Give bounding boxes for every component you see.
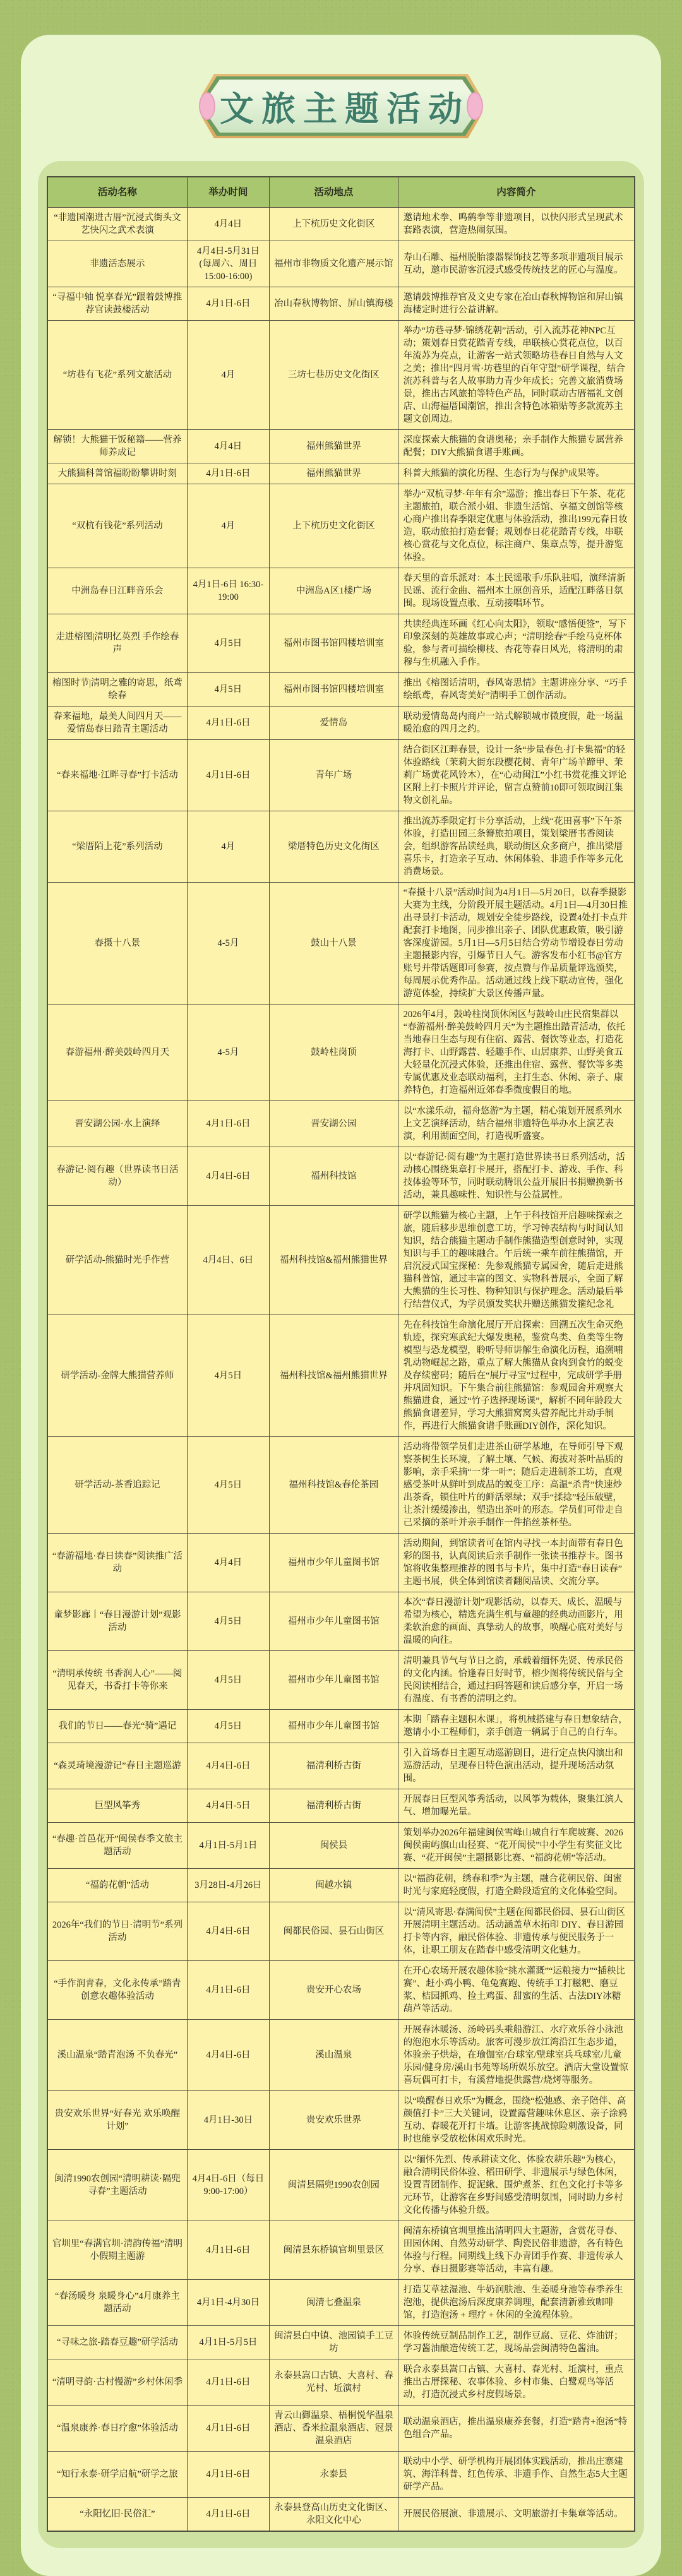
table-row: 走进榕图|清明忆英烈 手作绘春声 4月5日 福州市图书馆四楼培训室 共读经典连环… (47, 614, 635, 673)
activity-time: 4月1日-5月5日 (187, 2326, 269, 2359)
activity-name: “森灵琦境漫游记”春日主题巡游 (47, 1743, 187, 1789)
activity-description: 联动爱情岛岛内商户一站式解锁城市微度假，赴一场温暖治愈的四月之约。 (398, 707, 635, 740)
activity-name: 贵安欢乐世界“好春光 欢乐唤醒计划” (47, 2091, 187, 2150)
activity-location: 福州市图书馆四楼培训室 (270, 614, 398, 673)
activity-time: 4月1日-6日 (187, 463, 269, 484)
activity-description: 引入首场春日主题互动巡游剧目，进行定点快闪演出和巡游活动，呈现春日特色演出活动，… (398, 1743, 635, 1789)
activity-description: 策划举办2026年福建闽侯雪峰山城自行车爬坡赛、2026闽侯南屿旗山山径赛、“花… (398, 1823, 635, 1869)
activity-location: 福州科技馆&福州熊猫世界 (270, 1206, 398, 1315)
activity-name: 我们的节日——春光“骑”遇记 (47, 1710, 187, 1743)
activity-description: “春摄十八景”活动时间为4月1日—5月20日，以春季摄影大赛为主线，分阶段开展主… (398, 883, 635, 1005)
activity-description: 推出《榕图话清明，春风寄思情》主题讲座分享、“巧手绘纸鸢，春风寄美好”清明手工创… (398, 673, 635, 707)
activity-description: 邀请地术拳、鸣鹤拳等非遗项目，以快闪形式呈现武术套路表演，营造热闹氛围。 (398, 208, 635, 241)
activity-location: 溪山温泉 (270, 2020, 398, 2091)
activity-time: 4月4日 (187, 430, 269, 463)
activity-location: 福州熊猫世界 (270, 463, 398, 484)
activity-time: 4月1日-6日 (187, 1961, 269, 2020)
page-title: 文旅主题活动 (201, 74, 481, 138)
activity-name: 春来福地，最美人间四月天——爱情岛春日踏青主题活动 (47, 707, 187, 740)
content-card: 文旅主题活动 活动名称 举办时间 活动地点 内容简介 “非遗国潮进古厝”沉浸式街… (21, 35, 661, 2576)
activity-location: 福州科技馆 (270, 1147, 398, 1206)
activity-time: 4月1日-6日 (187, 2221, 269, 2280)
activity-description: 闽清东桥镇官圳里推出清明四大主题游，含赏花寻春、田园休闲、自然劳动研学、陶瓷民俗… (398, 2221, 635, 2280)
table-row: 春游福州·醉美鼓岭四月天 4-5月 鼓岭柱岗顶 2026年4月，鼓岭柱岗顶休闲区… (47, 1005, 635, 1101)
header-activity-time: 举办时间 (187, 177, 269, 208)
activity-location: 闽清七叠温泉 (270, 2280, 398, 2326)
activity-description: 以“春游记·阅有趣”为主题打造世界读书日系列活动，活动核心围绕集章打卡展开，搭配… (398, 1147, 635, 1206)
activity-description: 举办“双杭寻梦·年年有余”巡游；推出春日下午茶、花花主题旅拍，联合派小姐、非遗生… (398, 484, 635, 568)
activity-location: 福州市少年儿童图书馆 (270, 1651, 398, 1710)
activity-location: 永泰县登高山历史文化街区、永阳文化中心 (270, 2498, 398, 2532)
activity-location: 鼓岭柱岗顶 (270, 1005, 398, 1101)
activity-location: 闽越水镇 (270, 1869, 398, 1902)
activity-time: 4月 (187, 321, 269, 430)
title-banner: 文旅主题活动 (201, 74, 481, 138)
activity-time: 4-5月 (187, 883, 269, 1005)
activity-time: 4月4日-6日 (187, 1743, 269, 1789)
activity-name: “知行永泰·研学启航”研学之旅 (47, 2452, 187, 2498)
activity-time: 4月4日、6日 (187, 1206, 269, 1315)
activity-description: 共读经典连环画《红心向太阳》，领取“感悟便签”，写下印象深刻的英雄故事或心声；“… (398, 614, 635, 673)
activity-name: 大熊猫科普馆福盼盼攀讲时刻 (47, 463, 187, 484)
activity-location: 贵安欢乐世界 (270, 2091, 398, 2150)
table-row: 榕图时节|清明之雅的寄思，纸鸢绘春 4月5日 福州市图书馆四楼培训室 推出《榕图… (47, 673, 635, 707)
activity-description: 活动期间，到馆读者可在馆内寻找一本封面带有春日色彩的图书，认真阅读后亲手制作一张… (398, 1534, 635, 1592)
activity-location: 福州市少年儿童图书馆 (270, 1534, 398, 1592)
activity-name: 春摄十八景 (47, 883, 187, 1005)
activity-description: 清明兼具节气与节日之韵，承载着缅怀先贤、传承民俗的文化内涵。恰逢春日好时节，榕少… (398, 1651, 635, 1710)
table-row: “知行永泰·研学启航”研学之旅 4月1日-6日 永泰县 联动中小学、研学机构开展… (47, 2452, 635, 2498)
activity-description: 以“福韵花朝，绣春和季”为主题，融合花朝民俗、闺蜜时光与家庭轻度假，打造全龄段适… (398, 1869, 635, 1902)
activity-location: 福清利桥古街 (270, 1789, 398, 1823)
activity-name: 晋安湖公园·水上演绎 (47, 1101, 187, 1147)
activity-location: 福清利桥古街 (270, 1743, 398, 1789)
table-row: “寻味之旅-踏春豆趣”研学活动 4月1日-5月5日 闽清县白中镇、池园镇手工豆坊… (47, 2326, 635, 2359)
activity-location: 贵安开心农场 (270, 1961, 398, 2020)
activity-time: 4月1日-6日 (187, 740, 269, 811)
activity-location: 福州科技馆&春伦茶园 (270, 1437, 398, 1534)
activity-name: “清明寻韵·古村慢游”乡村休闲季 (47, 2359, 187, 2406)
activity-description: 以“水漾乐动，福舟悠游”为主题，精心策划开展系列水上文艺演绎活动，结合福州非遗特… (398, 1101, 635, 1147)
table-row: 贵安欢乐世界“好春光 欢乐唤醒计划” 4月1日-30日 贵安欢乐世界 以“唤醒春… (47, 2091, 635, 2150)
activity-name: 研学活动-茶香追踪记 (47, 1437, 187, 1534)
activity-description: 本次“春日漫游计划”观影活动，以春天、成长、温暖与希望为核心，精选充满生机与童趣… (398, 1592, 635, 1651)
activity-time: 4月5日 (187, 1651, 269, 1710)
activity-description: 研学以熊猫为核心主题，上午于科技馆开启趣味探索之旅，随后移步思维创意工坊，学习钟… (398, 1206, 635, 1315)
activity-time: 4月5日 (187, 1437, 269, 1534)
activity-location: 永泰县嵩口古镇、大喜村、春光村、坵演村 (270, 2359, 398, 2406)
activity-description: 体验传统豆制品制作工艺，制作豆腐、豆花、炸油饼；学习酱油酿造传统工艺，现场品尝闽… (398, 2326, 635, 2359)
activity-name: “寻味之旅-踏春豆趣”研学活动 (47, 2326, 187, 2359)
activity-location: 福州市少年儿童图书馆 (270, 1592, 398, 1651)
activity-name: 巨型风筝秀 (47, 1789, 187, 1823)
table-row: 研学活动-熊猫时光手作营 4月4日、6日 福州科技馆&福州熊猫世界 研学以熊猫为… (47, 1206, 635, 1315)
table-row: “寻福中轴 悦享春光”跟着鼓博推荐官读鼓楼活动 4月1日-6日 冶山春秋博物馆、… (47, 287, 635, 321)
activity-description: 以“缅怀先烈、传承耕读文化、体验农耕乐趣”为核心，融合清明民俗体验、稻田研学、非… (398, 2150, 635, 2221)
activities-table: 活动名称 举办时间 活动地点 内容简介 “非遗国潮进古厝”沉浸式街头文艺快闪之武… (47, 176, 635, 2532)
activity-description: 打造艾草祛湿池、牛奶润肤池、生姜暖身池等春季养生泡池，提供泡汤后深度康养调理，配… (398, 2280, 635, 2326)
activity-time: 4月5日 (187, 614, 269, 673)
activity-name: “春趣·首邑花开”闽侯春季文旅主题活动 (47, 1823, 187, 1869)
activity-time: 4月4日-5月31日(每周六、周日 15:00-16:00) (187, 241, 269, 287)
activity-description: 联合永泰县嵩口古镇、大喜村、春光村、坵演村，重点推出古厝探秘、农事体验、乡村市集… (398, 2359, 635, 2406)
activity-description: 推出流苏季限定打卡分享活动，上线“花田喜事”下午茶体验，打造田园三条簪旅拍项目，… (398, 811, 635, 883)
table-row: 春来福地，最美人间四月天——爱情岛春日踏青主题活动 4月1日-6日 爱情岛 联动… (47, 707, 635, 740)
header-activity-location: 活动地点 (270, 177, 398, 208)
table-row: 大熊猫科普馆福盼盼攀讲时刻 4月1日-6日 福州熊猫世界 科普大熊猫的演化历程、… (47, 463, 635, 484)
table-row: 溪山温泉“踏青泡汤 不负春光” 4月4日-6日 溪山温泉 开展春沐暖汤、汤岭码头… (47, 2020, 635, 2091)
activity-location: 福州市少年儿童图书馆 (270, 1710, 398, 1743)
activity-name: 闽清1990农创园“清明耕读·隔兜寻春”主题活动 (47, 2150, 187, 2221)
activity-description: 开展春日巨型风筝秀活动，以风筝为载体，聚集江滨人气、增加曝光量。 (398, 1789, 635, 1823)
activity-location: 福州市图书馆四楼培训室 (270, 673, 398, 707)
activity-description: 深度探索大熊猫的食谱奥秘；亲手制作大熊猫专属营养配餐；DIY大熊猫食谱手账画。 (398, 430, 635, 463)
table-row: 研学活动-金牌大熊猫营养师 4月5日 福州科技馆&福州熊猫世界 先在科技馆生命演… (47, 1315, 635, 1437)
table-row: “永阳忆旧·民俗汇” 4月1日-6日 永泰县登高山历史文化街区、永阳文化中心 开… (47, 2498, 635, 2532)
activity-name: 2026年“我们的节日·清明节”系列活动 (47, 1902, 187, 1961)
activity-location: 青年广场 (270, 740, 398, 811)
table-panel: 活动名称 举办时间 活动地点 内容简介 “非遗国潮进古厝”沉浸式街头文艺快闪之武… (38, 161, 644, 2548)
table-row: “福韵花朝”活动 3月28日-4月26日 闽越水镇 以“福韵花朝，绣春和季”为主… (47, 1869, 635, 1902)
activity-description: 邀请鼓博推荐官及文史专家在冶山春秋博物馆和屏山镇海楼定时进行公益讲解。 (398, 287, 635, 321)
activity-name: 非遗活态展示 (47, 241, 187, 287)
header-activity-description: 内容简介 (398, 177, 635, 208)
activity-name: 春游福州·醉美鼓岭四月天 (47, 1005, 187, 1101)
activity-location: 闽都民俗园、昙石山街区 (270, 1902, 398, 1961)
activity-location: 梁厝特色历史文化街区 (270, 811, 398, 883)
page: 文旅主题活动 活动名称 举办时间 活动地点 内容简介 “非遗国潮进古厝”沉浸式街… (0, 35, 682, 2576)
activity-time: 4月1日-6日 (187, 2359, 269, 2406)
activity-location: 三坊七巷历史文化街区 (270, 321, 398, 430)
activity-name: 研学活动-熊猫时光手作营 (47, 1206, 187, 1315)
activity-time: 4月5日 (187, 673, 269, 707)
activity-time: 4月4日-6日 (187, 1902, 269, 1961)
activity-name: “非遗国潮进古厝”沉浸式街头文艺快闪之武术表演 (47, 208, 187, 241)
table-row: 巨型风筝秀 4月4日-5日 福清利桥古街 开展春日巨型风筝秀活动，以风筝为载体，… (47, 1789, 635, 1823)
table-row: “温泉康养·春日疗愈”体验活动 4月1日-6日 青云山御温泉、梧桐悦华温泉酒店、… (47, 2406, 635, 2452)
activity-time: 4月4日-6日 (187, 1147, 269, 1206)
activity-time: 4-5月 (187, 1005, 269, 1101)
activity-location: 永泰县 (270, 2452, 398, 2498)
table-row: 非遗活态展示 4月4日-5月31日(每周六、周日 15:00-16:00) 福州… (47, 241, 635, 287)
activity-time: 4月1日-6日 (187, 2498, 269, 2532)
activity-description: 在开心农场开展农趣体验“挑水灌溉”“运粮接力”“插秧比赛”、赶小鸡小鸭、龟兔赛跑… (398, 1961, 635, 2020)
activity-time: 4月1日-30日 (187, 2091, 269, 2150)
activity-name: “梁厝陌上花”系列活动 (47, 811, 187, 883)
activity-name: “双杭有钱花”系列活动 (47, 484, 187, 568)
table-row: “非遗国潮进古厝”沉浸式街头文艺快闪之武术表演 4月4日 上下杭历史文化街区 邀… (47, 208, 635, 241)
table-body: “非遗国潮进古厝”沉浸式街头文艺快闪之武术表演 4月4日 上下杭历史文化街区 邀… (47, 208, 635, 2532)
activity-location: 福州熊猫世界 (270, 430, 398, 463)
table-row: 中洲岛春日江畔音乐会 4月1日-6日 16:30-19:00 中洲岛A区1楼广场… (47, 568, 635, 614)
activity-description: 活动将带领学员们走进茶山研学基地，在导师引导下观察茶树生长环境，了解土壤、气候、… (398, 1437, 635, 1534)
activity-time: 4月1日-4月30日 (187, 2280, 269, 2326)
table-row: 解锁！大熊猫干饭秘籍——营养师养成记 4月4日 福州熊猫世界 深度探索大熊猫的食… (47, 430, 635, 463)
activity-description: 先在科技馆生命演化展厅开启探索：回溯五次生命灭绝轨迹，探究寒武纪大爆发奥秘，鉴赏… (398, 1315, 635, 1437)
activity-name: 春游记·阅有趣（世界读书日活动） (47, 1147, 187, 1206)
activity-time: 4月1日-6日 (187, 1101, 269, 1147)
activity-description: 以“清风寄思·春满闽侯”主题在闽都民俗园、昙石山街区开展清明主题活动。活动涵盖草… (398, 1902, 635, 1961)
table-header-row: 活动名称 举办时间 活动地点 内容简介 (47, 177, 635, 208)
table-row: “双杭有钱花”系列活动 4月 上下杭历史文化街区 举办“双杭寻梦·年年有余”巡游… (47, 484, 635, 568)
activity-location: 闽清县白中镇、池园镇手工豆坊 (270, 2326, 398, 2359)
activity-time: 4月1日-6日 16:30-19:00 (187, 568, 269, 614)
activity-description: 本期「踏春主题积木课」，将机械搭建与春日想象结合，邀请小小工程师们，亲手创造一辆… (398, 1710, 635, 1743)
table-row: “春趣·首邑花开”闽侯春季文旅主题活动 4月1日-5月1日 闽侯县 策划举办20… (47, 1823, 635, 1869)
activity-name: “寻福中轴 悦享春光”跟着鼓博推荐官读鼓楼活动 (47, 287, 187, 321)
activity-time: 4月5日 (187, 1592, 269, 1651)
activity-name: “春汤暖身 泉暖身心”4月康养主题活动 (47, 2280, 187, 2326)
activity-name: 童梦影廊丨“春日漫游计划”观影活动 (47, 1592, 187, 1651)
activity-location: 鼓山十八景 (270, 883, 398, 1005)
activity-time: 4月5日 (187, 1315, 269, 1437)
table-row: “手作润青春，文化永传承”踏青创意农趣体验活动 4月1日-6日 贵安开心农场 在… (47, 1961, 635, 2020)
activity-location: 闽侯县 (270, 1823, 398, 1869)
activity-name: “春来福地·江畔寻春”打卡活动 (47, 740, 187, 811)
table-row: 闽清1990农创园“清明耕读·隔兜寻春”主题活动 4月4日-6日（每日9:00-… (47, 2150, 635, 2221)
activity-description: 开展民俗展演、非遗展示、文明旅游打卡集章等活动。 (398, 2498, 635, 2532)
table-row: 官圳里“春满官圳·清韵传福”清明小假期主题游 4月1日-6日 闽清县东桥镇官圳里… (47, 2221, 635, 2280)
table-row: 春摄十八景 4-5月 鼓山十八景 “春摄十八景”活动时间为4月1日—5月20日，… (47, 883, 635, 1005)
activity-location: 闽清县东桥镇官圳里景区 (270, 2221, 398, 2280)
activity-time: 4月4日-6日 (187, 2020, 269, 2091)
activity-name: “永阳忆旧·民俗汇” (47, 2498, 187, 2532)
activity-location: 晋安湖公园 (270, 1101, 398, 1147)
activity-time: 4月4日 (187, 1534, 269, 1592)
activity-name: “坊巷有飞花”系列文旅活动 (47, 321, 187, 430)
table-row: “梁厝陌上花”系列活动 4月 梁厝特色历史文化街区 推出流苏季限定打卡分享活动，… (47, 811, 635, 883)
activity-description: 开展春沐暖汤、汤岭码头乘船游江、水疗欢乐谷小泳池的泡泡水乐等活动。旅客可漫步放江… (398, 2020, 635, 2091)
activity-location: 福州科技馆&福州熊猫世界 (270, 1315, 398, 1437)
activity-description: 联动中小学、研学机构开展团体实践活动，推出庄寨建筑、海洋科普、红色传承、非遗手作… (398, 2452, 635, 2498)
table-row: 童梦影廊丨“春日漫游计划”观影活动 4月5日 福州市少年儿童图书馆 本次“春日漫… (47, 1592, 635, 1651)
activity-time: 4月4日 (187, 208, 269, 241)
activity-time: 4月1日-6日 (187, 707, 269, 740)
table-row: 春游记·阅有趣（世界读书日活动） 4月4日-6日 福州科技馆 以“春游记·阅有趣… (47, 1147, 635, 1206)
activity-location: 闽清县隔兜1990农创园 (270, 2150, 398, 2221)
activity-description: 联动温泉酒店，推出温泉康养套餐，打造“踏青+泡汤”特色组合产品。 (398, 2406, 635, 2452)
table-row: “清明承传统 书香润人心”——阅见春天，书香打卡等你来 4月5日 福州市少年儿童… (47, 1651, 635, 1710)
activity-location: 福州市非物质文化遗产展示馆 (270, 241, 398, 287)
activity-name: “清明承传统 书香润人心”——阅见春天，书香打卡等你来 (47, 1651, 187, 1710)
header-activity-name: 活动名称 (47, 177, 187, 208)
activity-name: 走进榕图|清明忆英烈 手作绘春声 (47, 614, 187, 673)
activity-time: 4月1日-5月1日 (187, 1823, 269, 1869)
activity-time: 4月5日 (187, 1710, 269, 1743)
activity-location: 上下杭历史文化街区 (270, 484, 398, 568)
activity-location: 冶山春秋博物馆、屏山镇海楼 (270, 287, 398, 321)
activity-name: “手作润青春，文化永传承”踏青创意农趣体验活动 (47, 1961, 187, 2020)
table-row: “春游福地·春日读春”阅读推广活动 4月4日 福州市少年儿童图书馆 活动期间，到… (47, 1534, 635, 1592)
activity-name: 研学活动-金牌大熊猫营养师 (47, 1315, 187, 1437)
activity-description: 2026年4月，鼓岭柱岗顶休闲区与鼓岭山庄民宿集群以“春游福州·醉美鼓岭四月天”… (398, 1005, 635, 1101)
activity-name: 解锁！大熊猫干饭秘籍——营养师养成记 (47, 430, 187, 463)
activity-name: 溪山温泉“踏青泡汤 不负春光” (47, 2020, 187, 2091)
activity-time: 4月4日-5日 (187, 1789, 269, 1823)
table-row: “森灵琦境漫游记”春日主题巡游 4月4日-6日 福清利桥古街 引入首场春日主题互… (47, 1743, 635, 1789)
activity-description: 结合街区江畔春景，设计一条“步量春色·打卡集福”的轻体验路线（茉莉大街东段樱花树… (398, 740, 635, 811)
activity-description: 以“唤醒春日欢乐”为概念，围绕“松弛感、亲子陪伴、高颜值打卡”三大关键词，设置露… (398, 2091, 635, 2150)
activity-time: 4月 (187, 811, 269, 883)
table-row: 2026年“我们的节日·清明节”系列活动 4月4日-6日 闽都民俗园、昙石山街区… (47, 1902, 635, 1961)
activity-time: 4月1日-6日 (187, 287, 269, 321)
activity-time: 4月4日-6日（每日9:00-17:00） (187, 2150, 269, 2221)
activity-name: “春游福地·春日读春”阅读推广活动 (47, 1534, 187, 1592)
activity-time: 3月28日-4月26日 (187, 1869, 269, 1902)
table-row: 研学活动-茶香追踪记 4月5日 福州科技馆&春伦茶园 活动将带领学员们走进茶山研… (47, 1437, 635, 1534)
activity-name: 官圳里“春满官圳·清韵传福”清明小假期主题游 (47, 2221, 187, 2280)
activity-name: 榕图时节|清明之雅的寄思，纸鸢绘春 (47, 673, 187, 707)
activity-description: 寿山石雕、福州脱胎漆器髹饰技艺等多项非遗项目展示互动，邀市民游客沉浸式感受传统技… (398, 241, 635, 287)
activity-name: “福韵花朝”活动 (47, 1869, 187, 1902)
activity-location: 上下杭历史文化街区 (270, 208, 398, 241)
activity-location: 中洲岛A区1楼广场 (270, 568, 398, 614)
activity-name: 中洲岛春日江畔音乐会 (47, 568, 187, 614)
table-row: “坊巷有飞花”系列文旅活动 4月 三坊七巷历史文化街区 举办“坊巷寻梦·锦绣花朝… (47, 321, 635, 430)
activity-location: 青云山御温泉、梧桐悦华温泉酒店、香米拉温泉酒店、冠景温泉酒店 (270, 2406, 398, 2452)
table-row: 我们的节日——春光“骑”遇记 4月5日 福州市少年儿童图书馆 本期「踏春主题积木… (47, 1710, 635, 1743)
table-row: “春汤暖身 泉暖身心”4月康养主题活动 4月1日-4月30日 闽清七叠温泉 打造… (47, 2280, 635, 2326)
activity-time: 4月 (187, 484, 269, 568)
activity-time: 4月1日-6日 (187, 2452, 269, 2498)
activity-description: 举办“坊巷寻梦·锦绣花朝”活动，引入流苏花神NPC互动；策划春日赏花踏青专线，串… (398, 321, 635, 430)
activity-time: 4月1日-6日 (187, 2406, 269, 2452)
table-row: 晋安湖公园·水上演绎 4月1日-6日 晋安湖公园 以“水漾乐动，福舟悠游”为主题… (47, 1101, 635, 1147)
activity-location: 爱情岛 (270, 707, 398, 740)
table-row: “春来福地·江畔寻春”打卡活动 4月1日-6日 青年广场 结合街区江畔春景，设计… (47, 740, 635, 811)
activity-name: “温泉康养·春日疗愈”体验活动 (47, 2406, 187, 2452)
activity-description: 科普大熊猫的演化历程、生态行为与保护成果等。 (398, 463, 635, 484)
activity-description: 春天里的音乐派对：本土民谣歌手/乐队驻唱，演绎清新民谣、流行金曲、福州本土原创音… (398, 568, 635, 614)
table-row: “清明寻韵·古村慢游”乡村休闲季 4月1日-6日 永泰县嵩口古镇、大喜村、春光村… (47, 2359, 635, 2406)
